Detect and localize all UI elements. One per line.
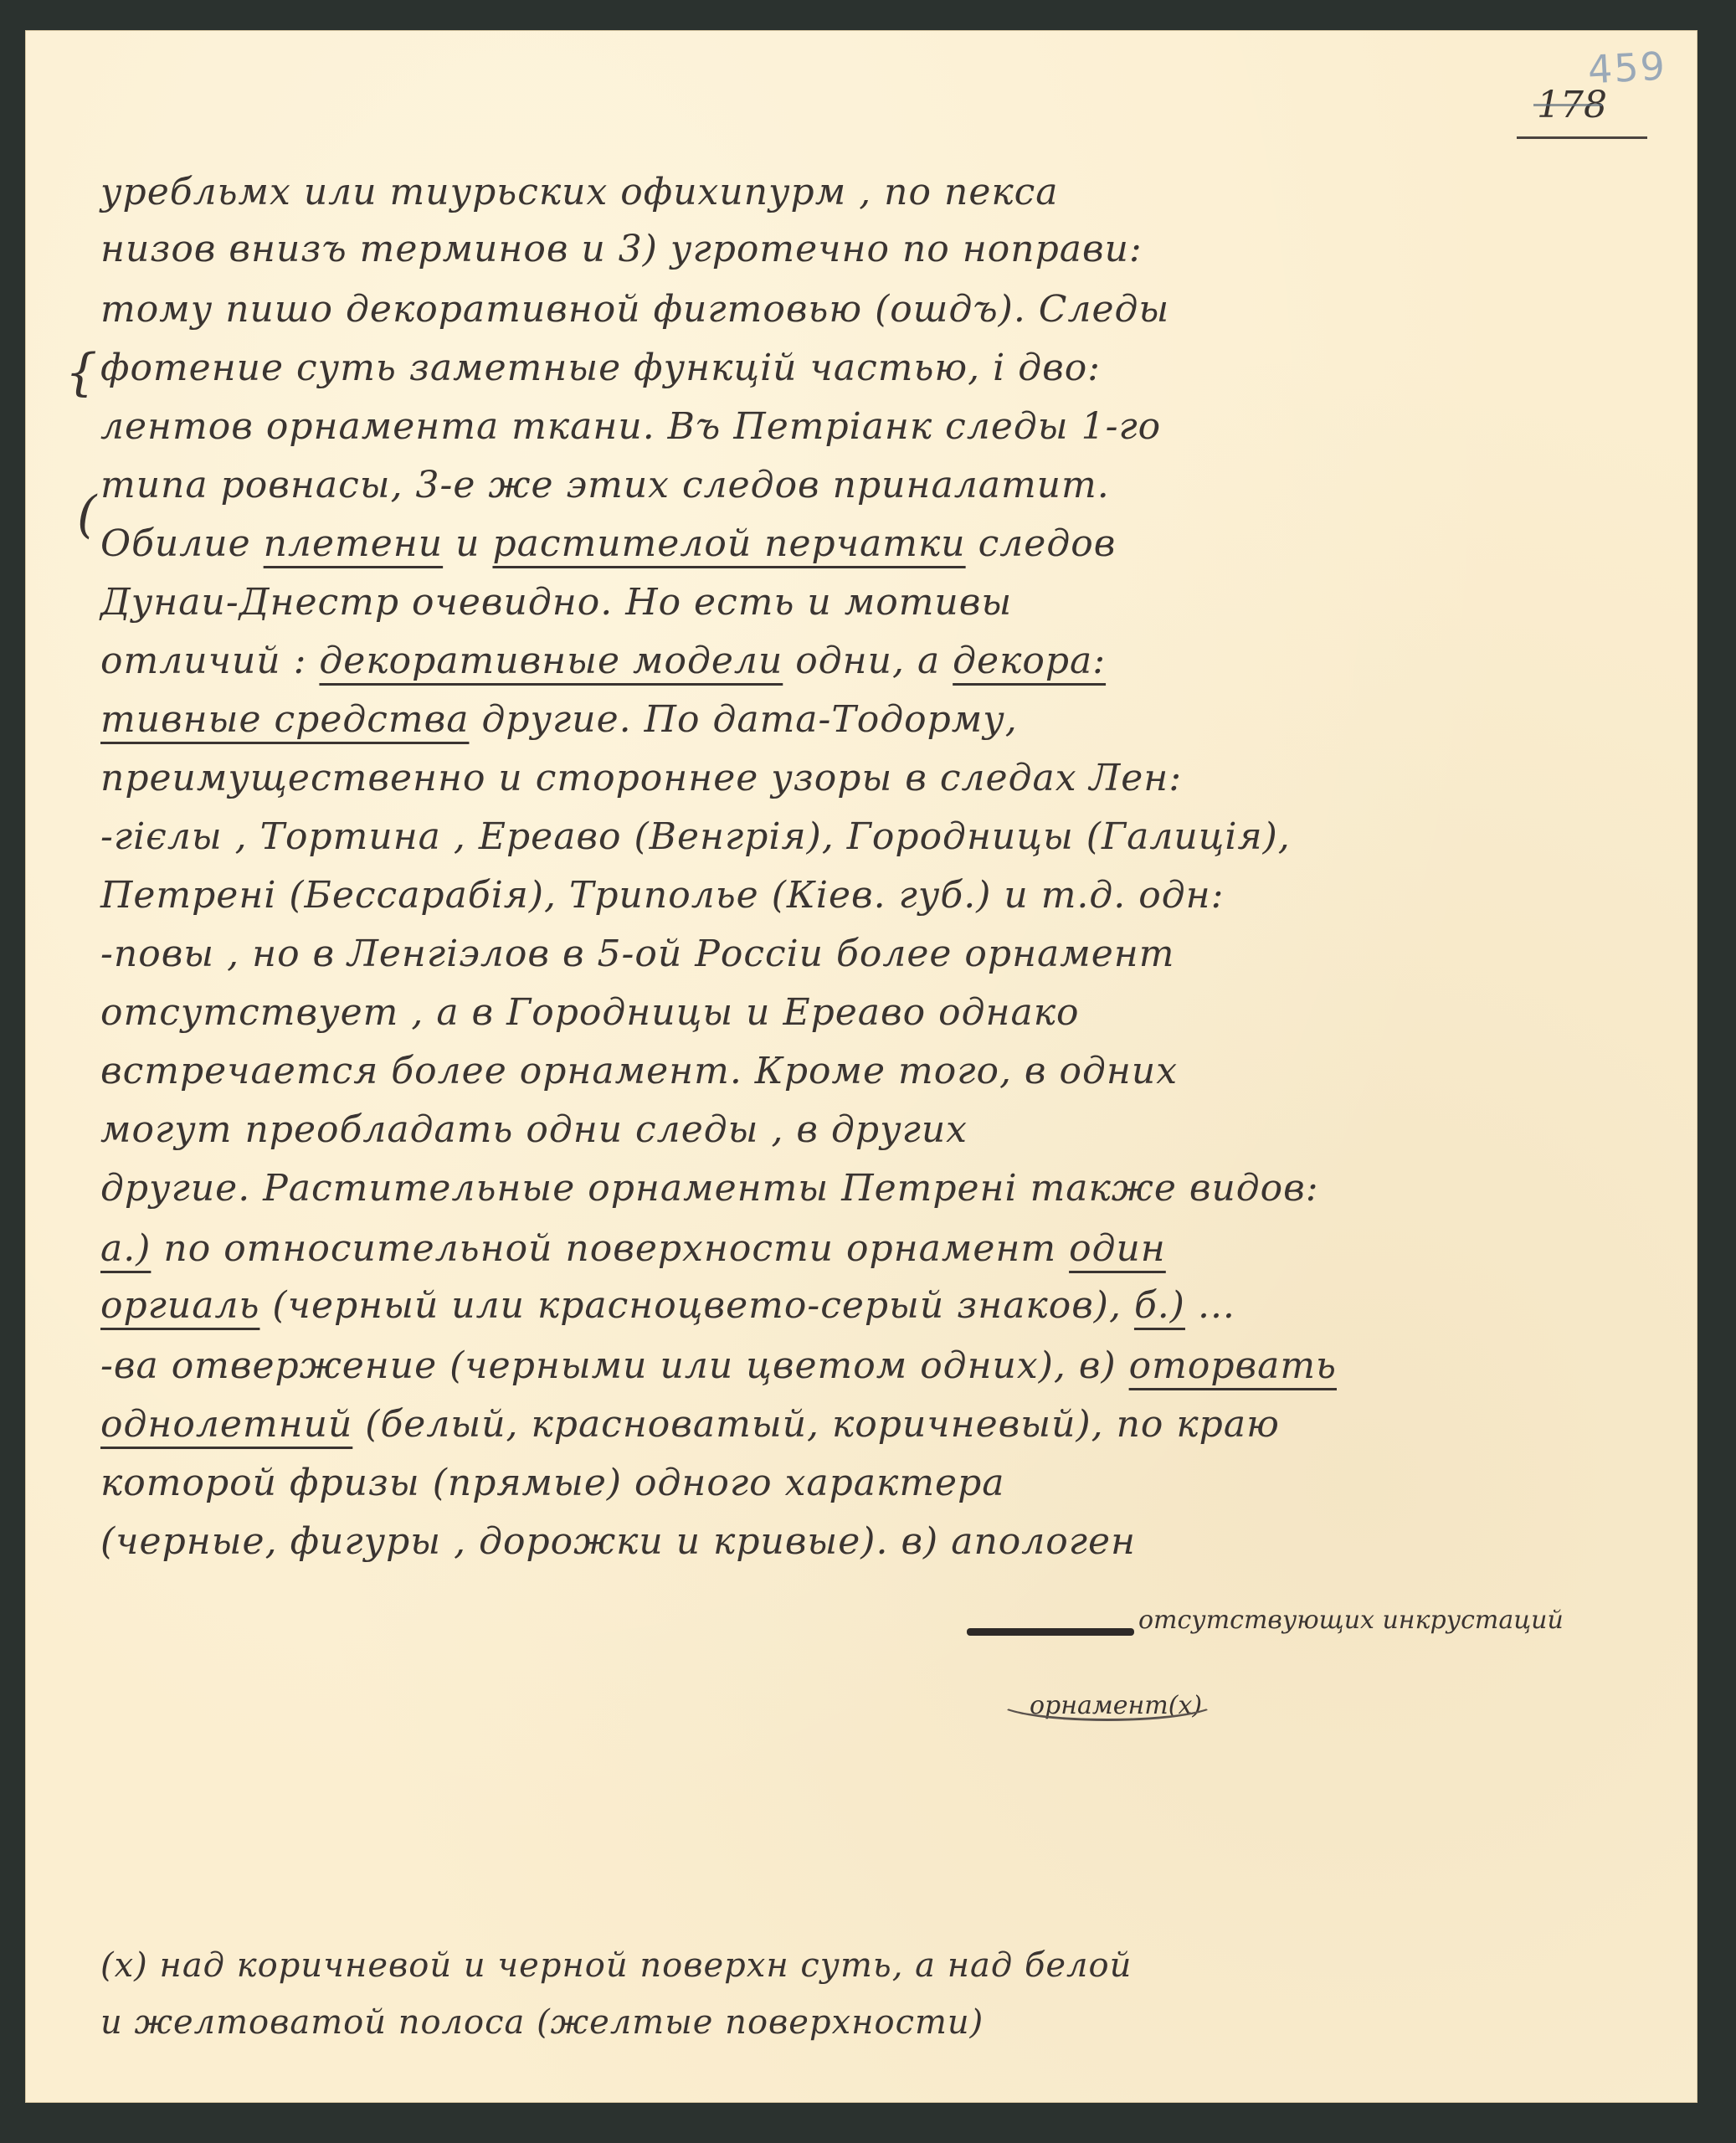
footnote-line: и желтоватой полоса (желтые поверхности) xyxy=(100,1997,984,2048)
interlinear-insertion: отсутствующих инкрустаций xyxy=(1138,1606,1564,1635)
manuscript-line: отсутствует , а в Городницы и Ереаво одн… xyxy=(100,988,1079,1038)
manuscript-line: отличий : декоративные модели одни, а де… xyxy=(100,636,1106,686)
manuscript-line: -повы , но в Ленгіэлов в 5-ой Россіи бол… xyxy=(100,929,1175,979)
underlined-phrase: оторвать xyxy=(1129,1344,1337,1387)
manuscript-line: тивные средства другие. По дата-Тодорму, xyxy=(100,695,1018,745)
original-page-number: 178 xyxy=(1537,84,1607,126)
underlined-phrase: тивные средства xyxy=(100,698,469,741)
manuscript-line: однолетний (белый, красноватый, коричнев… xyxy=(100,1400,1280,1450)
underlined-phrase: б.) xyxy=(1134,1284,1185,1327)
footnote-line: (х) над коричневой и черной поверхн суть… xyxy=(100,1940,1132,1991)
underlined-phrase: растителой перчатки xyxy=(492,522,965,565)
page-number-strikethrough xyxy=(1533,104,1602,106)
manuscript-line: Обилие плетени и растителой перчатки сле… xyxy=(100,519,1116,569)
manuscript-line: оргиаль (черный или красноцвето-серый зн… xyxy=(100,1281,1235,1331)
manuscript-line: лентов орнамента ткани. Въ Петріанк след… xyxy=(100,402,1161,452)
underlined-phrase: декоративные модели xyxy=(319,640,783,682)
underlined-phrase: однолетний xyxy=(100,1403,352,1446)
manuscript-line: Дунаи-Днестр очевидно. Но есть и мотивы xyxy=(100,578,1012,628)
manuscript-line: фотение суть заметные функцій частью, і … xyxy=(100,343,1101,393)
manuscript-line: встречается более орнамент. Кроме того, … xyxy=(100,1046,1178,1097)
manuscript-line: -ва отвержение (черными или цветом одних… xyxy=(100,1341,1337,1391)
margin-brace-mark: { xyxy=(65,343,97,402)
manuscript-line: -гієлы , Тортина , Ереаво (Венгрія), Гор… xyxy=(100,812,1291,862)
struck-out-word xyxy=(967,1628,1134,1636)
underlined-phrase: плетени xyxy=(264,522,443,565)
manuscript-line: которой фризы (прямые) одного характера xyxy=(100,1458,1004,1508)
manuscript-line: типа ровнасы, 3-е же этих следов принала… xyxy=(100,460,1110,511)
manuscript-line: уребльмх или тиурьских офихипурм , по пе… xyxy=(100,167,1059,218)
manuscript-line: низов внизъ терминов и 3) угротечно по н… xyxy=(100,224,1143,275)
manuscript-line: а.) по относительной поверхности орнамен… xyxy=(100,1224,1166,1274)
margin-paren-mark: ( xyxy=(77,486,96,544)
underlined-phrase: оргиаль xyxy=(100,1284,259,1327)
underlined-phrase: а.) xyxy=(100,1227,151,1270)
manuscript-line: Петрені (Бессарабія), Триполье (Кіев. гу… xyxy=(100,871,1224,921)
underlined-phrase: декора: xyxy=(953,640,1106,682)
manuscript-line: тому пишо декоративной фигтовью (ошдъ). … xyxy=(100,285,1169,335)
page-number-underline xyxy=(1517,136,1647,139)
manuscript-line: (черные, фигуры , дорожки и кривые). в) … xyxy=(100,1517,1136,1567)
manuscript-line: другие. Растительные орнаменты Петрені т… xyxy=(100,1164,1319,1214)
underlined-phrase: один xyxy=(1069,1227,1166,1270)
manuscript-line: преимущественно и стороннее узоры в след… xyxy=(100,753,1182,804)
insertion-curve-mark xyxy=(996,1683,1219,1721)
manuscript-line: могут преобладать одни следы , в других xyxy=(100,1105,968,1155)
